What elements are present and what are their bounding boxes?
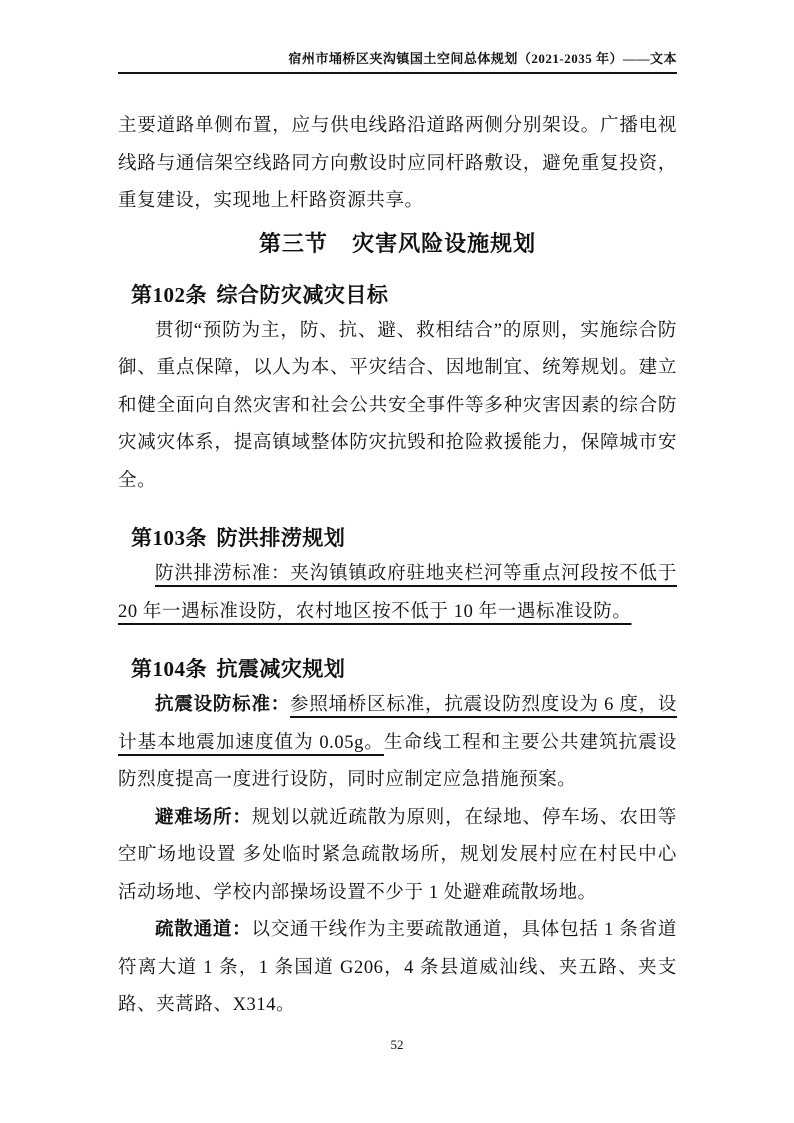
paragraph-article-104-evacuation: 疏散通道：以交通干线作为主要疏散通道，具体包括 1 条省道符离大道 1 条，1 … [118,912,677,1025]
header-title: 宿州市埇桥区夹沟镇国土空间总体规划（2021-2035 年）——文本 [288,51,677,66]
text-segment: 疏散通道： [155,920,251,940]
text-segment: 贯彻“预防为主，防、抗、避、救相结合”的原则，实施综合防御、重点保障，以人为本、… [118,321,677,491]
paragraph-article-103: 防洪排涝标准：夹沟镇镇政府驻地夹栏河等重点河段按不低于 20 年一遇标准设防，农… [118,556,677,631]
heading-title: 灾害风险设施规划 [352,231,536,256]
page-number: 52 [391,1037,404,1052]
document-body: 主要道路单侧布置，应与供电线路沿道路两侧分别架设。广播电视线路与通信架空线路同方… [118,74,677,1025]
heading-title: 综合防灾减灾目标 [216,283,388,307]
section-title-disaster-risk: 第三节灾害风险设施规划 [118,231,677,257]
text-segment: 抗震设防标准： [155,695,290,715]
page-header: 宿州市埇桥区夹沟镇国土空间总体规划（2021-2035 年）——文本 [118,0,677,74]
text-segment: 防洪排涝标准：夹沟镇镇政府驻地夹栏河等重点河段按不低于 20 年一遇标准设防，农… [118,564,677,622]
article-103-title: 第103条防洪排涝规划 [118,526,677,550]
paragraph-article-104-seismic: 抗震设防标准：参照埇桥区标准，抗震设防烈度设为 6 度，设计基本地震加速度值为 … [118,687,677,800]
heading-title: 抗震减灾规划 [216,657,345,681]
heading-number: 第三节 [259,231,328,256]
page-footer: 52 [0,1038,794,1052]
text-segment: 主要道路单侧布置，应与供电线路沿道路两侧分别架设。广播电视线路与通信架空线路同方… [118,116,677,211]
article-104-title: 第104条抗震减灾规划 [118,657,677,681]
heading-number: 第102条 [131,283,207,307]
document-page: 宿州市埇桥区夹沟镇国土空间总体规划（2021-2035 年）——文本 主要道路单… [0,0,794,1123]
paragraph-broadcast-lines: 主要道路单侧布置，应与供电线路沿道路两侧分别架设。广播电视线路与通信架空线路同方… [118,108,677,221]
page-content: 宿州市埇桥区夹沟镇国土空间总体规划（2021-2035 年）——文本 主要道路单… [118,0,677,1025]
paragraph-article-104-shelter: 避难场所：规划以就近疏散为原则，在绿地、停车场、农田等空旷场地设置 多处临时紧急… [118,800,677,913]
article-102-title: 第102条综合防灾减灾目标 [118,283,677,307]
text-segment: 避难场所： [155,808,252,828]
heading-title: 防洪排涝规划 [216,526,345,550]
heading-number: 第103条 [131,526,207,550]
paragraph-article-102: 贯彻“预防为主，防、抗、避、救相结合”的原则，实施综合防御、重点保障，以人为本、… [118,313,677,501]
heading-number: 第104条 [131,657,207,681]
